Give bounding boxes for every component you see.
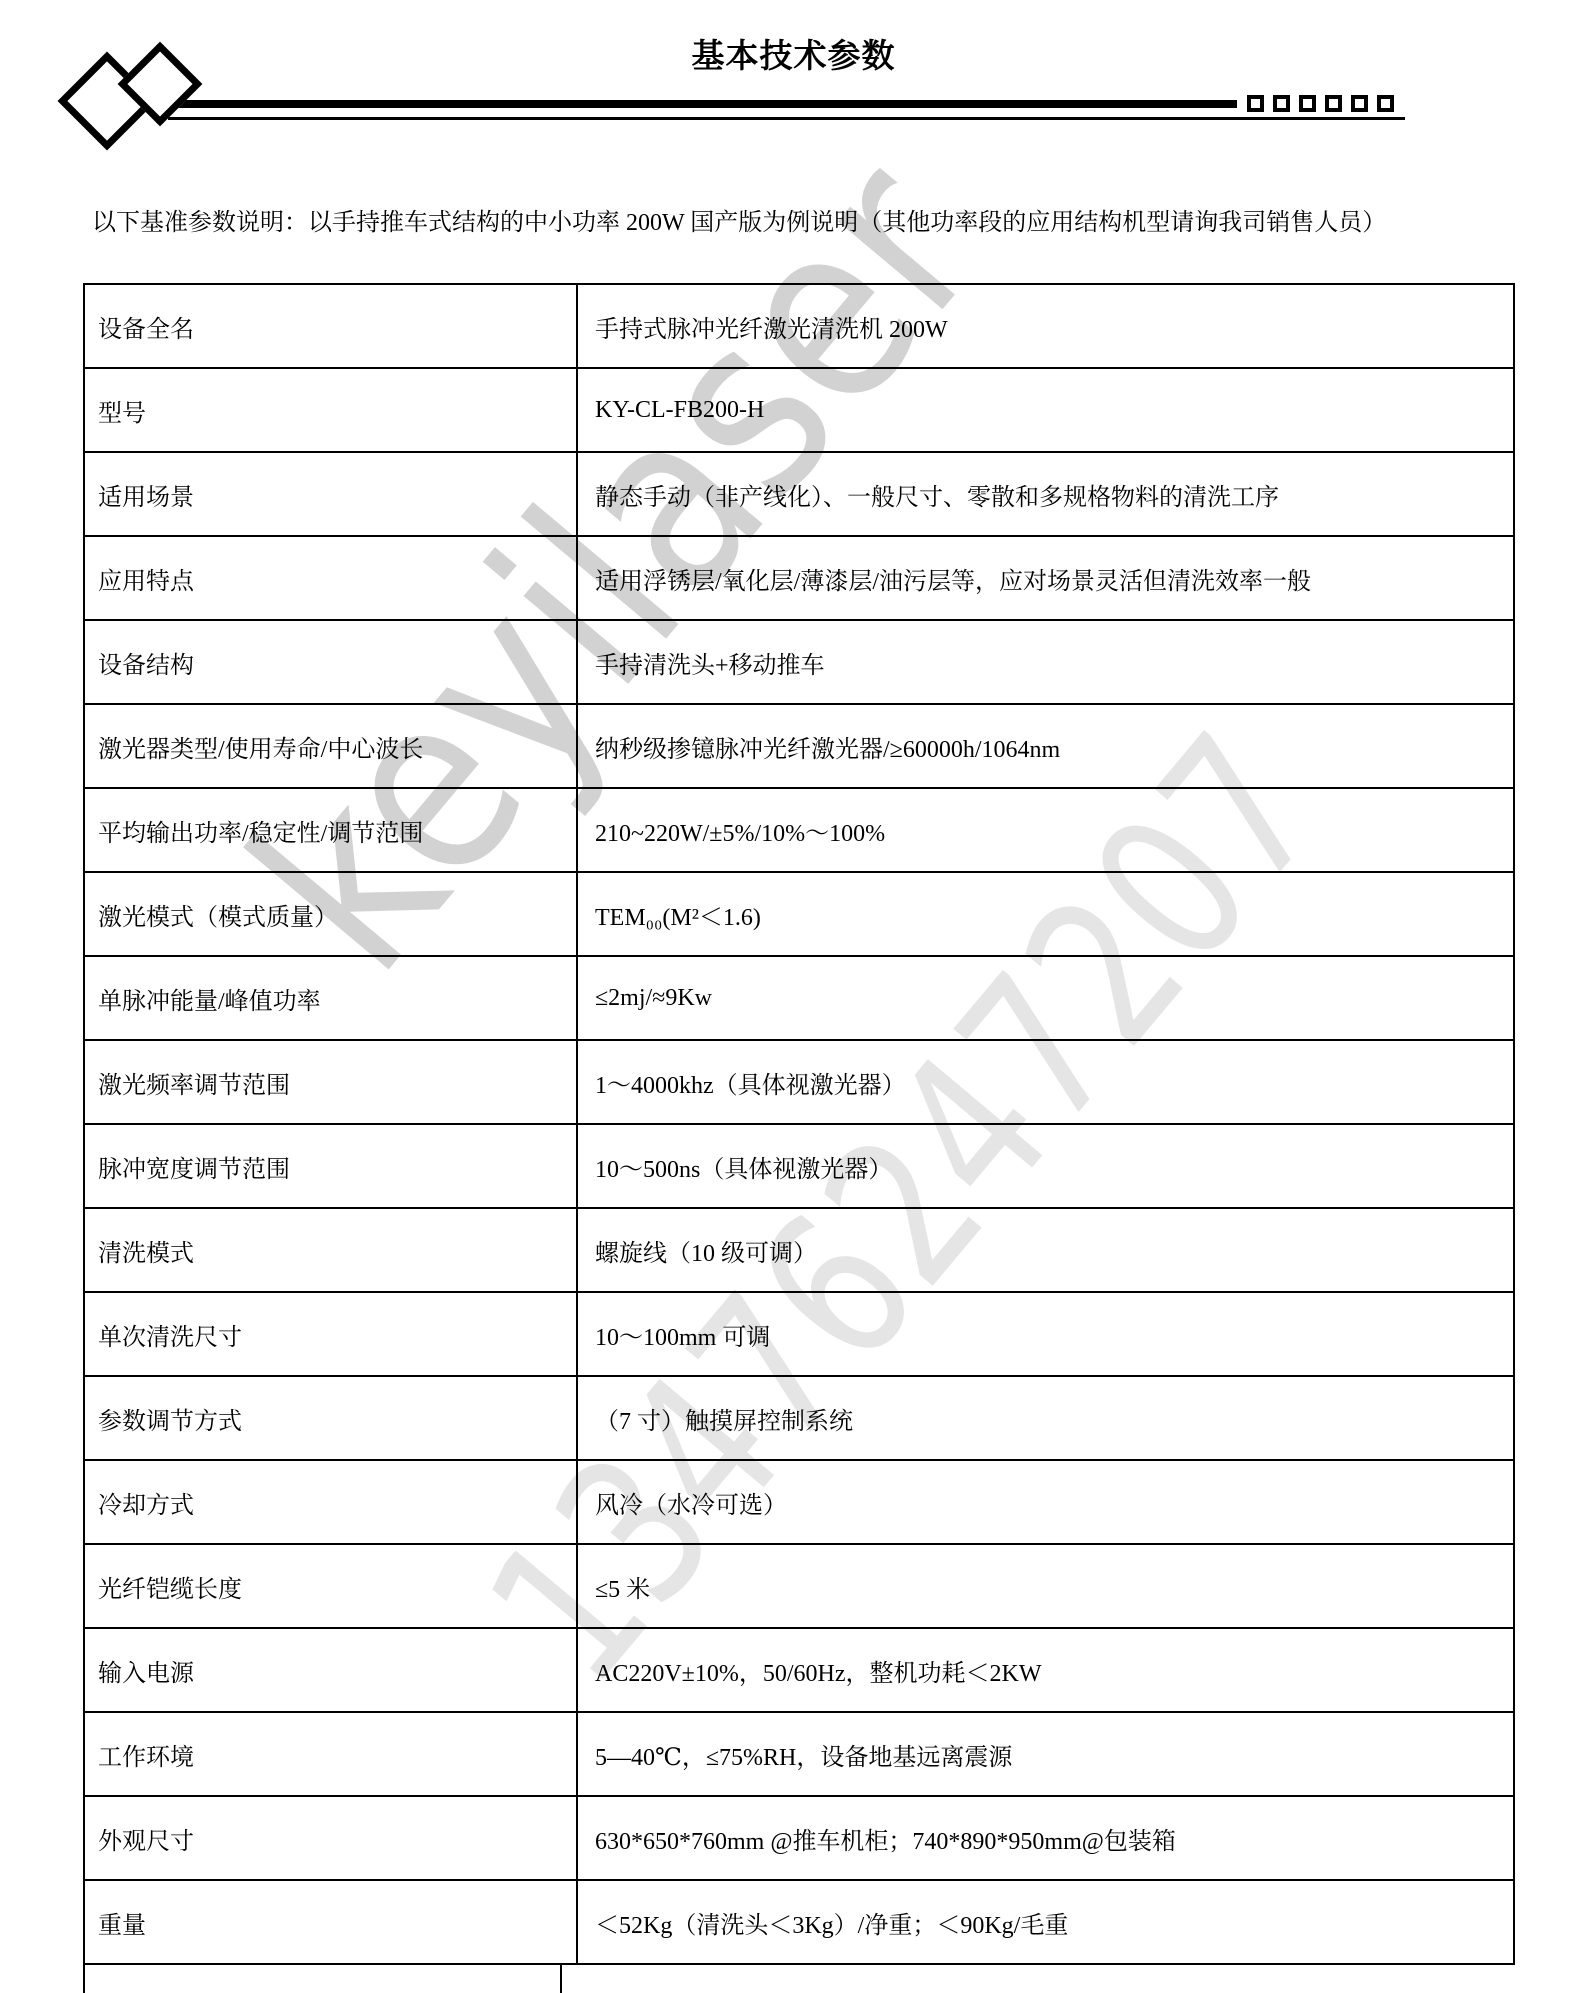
table-row: 冷却方式风冷（水冷可选） [84,1460,1514,1544]
spec-label: 激光器类型/使用寿命/中心波长 [84,704,577,788]
spec-label: 适用场景 [84,452,577,536]
spec-value: 纳秒级掺镱脉冲光纤激光器/≥60000h/1064nm [577,704,1514,788]
square-ornament-icon [1247,95,1264,112]
spec-value: 630*650*760mm @推车机柜；740*890*950mm@包装箱 [577,1796,1514,1880]
header-rule-thick [170,100,1237,108]
spec-value: KY-CL-FB200-H [577,368,1514,452]
table-border-stub [560,1965,562,1993]
spec-value: 210~220W/±5%/10%～100% [577,788,1514,872]
spec-label: 清洗模式 [84,1208,577,1292]
spec-value: 手持清洗头+移动推车 [577,620,1514,704]
table-row: 外观尺寸630*650*760mm @推车机柜；740*890*950mm@包装… [84,1796,1514,1880]
square-ornament-row [1247,95,1394,112]
spec-value: 1～4000khz（具体视激光器） [577,1040,1514,1124]
square-ornament-icon [1273,95,1290,112]
intro-note: 以下基准参数说明：以手持推车式结构的中小功率 200W 国产版为例说明（其他功率… [92,206,1412,240]
spec-label: 设备结构 [84,620,577,704]
spec-label: 单脉冲能量/峰值功率 [84,956,577,1040]
square-ornament-icon [1325,95,1342,112]
spec-label: 参数调节方式 [84,1376,577,1460]
spec-label: 激光模式（模式质量） [84,872,577,956]
spec-label: 单次清洗尺寸 [84,1292,577,1376]
spec-value: 适用浮锈层/氧化层/薄漆层/油污层等，应对场景灵活但清洗效率一般 [577,536,1514,620]
spec-label: 平均输出功率/稳定性/调节范围 [84,788,577,872]
spec-label: 冷却方式 [84,1460,577,1544]
page-title: 基本技术参数 [0,30,1587,77]
table-row: 设备结构手持清洗头+移动推车 [84,620,1514,704]
table-row: 平均输出功率/稳定性/调节范围210~220W/±5%/10%～100% [84,788,1514,872]
table-row: 应用特点适用浮锈层/氧化层/薄漆层/油污层等，应对场景灵活但清洗效率一般 [84,536,1514,620]
table-row: 型号KY-CL-FB200-H [84,368,1514,452]
spec-label: 激光频率调节范围 [84,1040,577,1124]
table-row: 工作环境5—40℃，≤75%RH，设备地基远离震源 [84,1712,1514,1796]
spec-label: 外观尺寸 [84,1796,577,1880]
spec-label: 应用特点 [84,536,577,620]
spec-value: 5—40℃，≤75%RH，设备地基远离震源 [577,1712,1514,1796]
square-ornament-icon [1299,95,1316,112]
spec-label: 光纤铠缆长度 [84,1544,577,1628]
table-row: 激光模式（模式质量）TEM₀₀(M²＜1.6) [84,872,1514,956]
spec-label: 脉冲宽度调节范围 [84,1124,577,1208]
table-row: 单脉冲能量/峰值功率≤2mj/≈9Kw [84,956,1514,1040]
spec-value: ＜52Kg（清洗头＜3Kg）/净重；＜90Kg/毛重 [577,1880,1514,1964]
spec-value: 静态手动（非产线化）、一般尺寸、零散和多规格物料的清洗工序 [577,452,1514,536]
spec-label: 型号 [84,368,577,452]
spec-value: 螺旋线（10 级可调） [577,1208,1514,1292]
spec-label: 设备全名 [84,284,577,368]
table-row: 单次清洗尺寸10～100mm 可调 [84,1292,1514,1376]
table-row: 输入电源AC220V±10%，50/60Hz，整机功耗＜2KW [84,1628,1514,1712]
spec-value: 手持式脉冲光纤激光清洗机 200W [577,284,1514,368]
table-row: 设备全名手持式脉冲光纤激光清洗机 200W [84,284,1514,368]
spec-label: 工作环境 [84,1712,577,1796]
spec-table: 设备全名手持式脉冲光纤激光清洗机 200W 型号KY-CL-FB200-H 适用… [83,283,1515,1965]
table-row: 脉冲宽度调节范围10～500ns（具体视激光器） [84,1124,1514,1208]
spec-value: 风冷（水冷可选） [577,1460,1514,1544]
table-border-stub [83,1965,85,1993]
square-ornament-icon [1351,95,1368,112]
spec-value: 10～100mm 可调 [577,1292,1514,1376]
table-row: 激光频率调节范围1～4000khz（具体视激光器） [84,1040,1514,1124]
spec-value: TEM₀₀(M²＜1.6) [577,872,1514,956]
spec-label: 重量 [84,1880,577,1964]
table-row: 参数调节方式（7 寸）触摸屏控制系统 [84,1376,1514,1460]
table-row: 适用场景静态手动（非产线化）、一般尺寸、零散和多规格物料的清洗工序 [84,452,1514,536]
spec-value: 10～500ns（具体视激光器） [577,1124,1514,1208]
header-rule-thin [168,117,1405,120]
table-row: 光纤铠缆长度≤5 米 [84,1544,1514,1628]
spec-label: 输入电源 [84,1628,577,1712]
table-row: 激光器类型/使用寿命/中心波长纳秒级掺镱脉冲光纤激光器/≥60000h/1064… [84,704,1514,788]
table-row: 清洗模式螺旋线（10 级可调） [84,1208,1514,1292]
table-row: 重量＜52Kg（清洗头＜3Kg）/净重；＜90Kg/毛重 [84,1880,1514,1964]
spec-value: （7 寸）触摸屏控制系统 [577,1376,1514,1460]
spec-value: AC220V±10%，50/60Hz，整机功耗＜2KW [577,1628,1514,1712]
spec-value: ≤5 米 [577,1544,1514,1628]
square-ornament-icon [1377,95,1394,112]
spec-value: ≤2mj/≈9Kw [577,956,1514,1040]
